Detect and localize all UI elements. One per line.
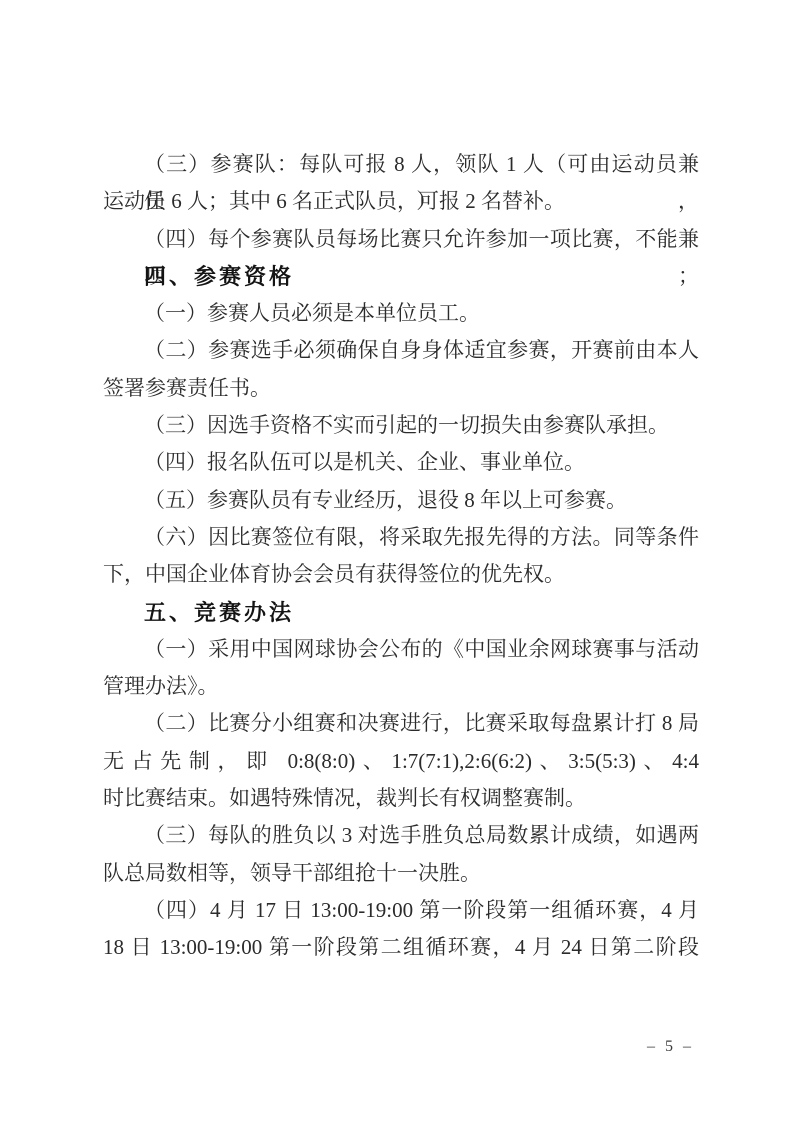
text-line: （五）参赛队员有专业经历，退役 8 年以上可参赛。 — [103, 482, 699, 519]
text-line: （一）参赛人员必须是本单位员工。 — [103, 295, 699, 332]
text-line: （二）参赛选手必须确保自身身体适宜参赛，开赛前由本人 — [103, 332, 699, 369]
page-number: – 5 – — [647, 1037, 694, 1057]
text-line: （二）比赛分小组赛和决赛进行，比赛采取每盘累计打 8 局 — [103, 705, 699, 742]
text-line: （六）因比赛签位有限，将采取先报先得的方法。同等条件 — [103, 519, 699, 556]
text-line: 队总局数相等，领导干部组抢十一决胜。 — [103, 855, 699, 892]
text-line: （三）因选手资格不实而引起的一切损失由参赛队承担。 — [103, 407, 699, 444]
document-page: （三）参赛队：每队可报 8 人，领队 1 人（可由运动员兼任）， 运动员 6 人… — [0, 0, 794, 1123]
text-line: （四）4 月 17 日 13:00-19:00 第一阶段第一组循环赛，4 月 — [103, 892, 699, 929]
text-line: 无占先制，即 0:8(8:0)、1:7(7:1),2:6(6:2)、3:5(5:… — [103, 743, 699, 780]
text-line: 时比赛结束。如遇特殊情况，裁判长有权调整赛制。 — [103, 780, 699, 817]
text-line: 签署参赛责任书。 — [103, 370, 699, 407]
text-line: （三）参赛队：每队可报 8 人，领队 1 人（可由运动员兼任）， — [103, 146, 699, 183]
text-line: （四）每个参赛队员每场比赛只允许参加一项比赛，不能兼项； — [103, 221, 699, 258]
page-content: （三）参赛队：每队可报 8 人，领队 1 人（可由运动员兼任）， 运动员 6 人… — [103, 146, 699, 967]
text-line: 下，中国企业体育协会会员有获得签位的优先权。 — [103, 556, 699, 593]
heading-section-five: 五、竞赛办法 — [103, 594, 699, 631]
text-line: （四）报名队伍可以是机关、企业、事业单位。 — [103, 444, 699, 481]
text-line: 18 日 13:00-19:00 第一阶段第二组循环赛，4 月 24 日第二阶段 — [103, 929, 699, 966]
text-line: （一）采用中国网球协会公布的《中国业余网球赛事与活动 — [103, 631, 699, 668]
text-line: （三）每队的胜负以 3 对选手胜负总局数累计成绩，如遇两 — [103, 817, 699, 854]
text-line: 管理办法》。 — [103, 668, 699, 705]
